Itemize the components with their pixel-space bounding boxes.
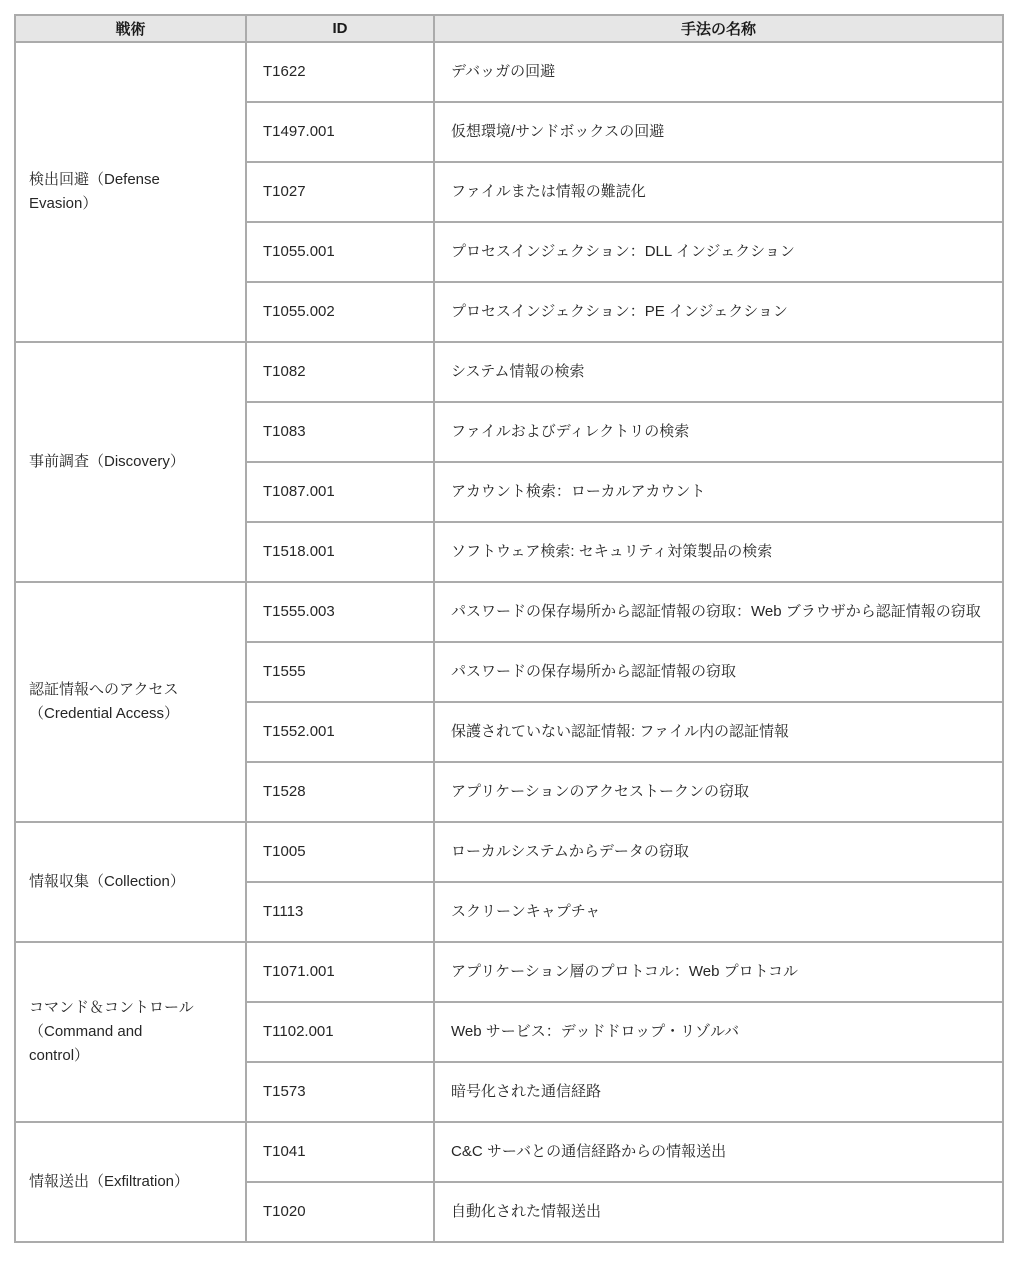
tactic-cell: 情報収集（Collection） <box>15 822 246 942</box>
technique-name-cell: 保護されていない認証情報: ファイル内の認証情報 <box>434 702 1003 762</box>
technique-id-cell: T1552.001 <box>246 702 434 762</box>
technique-id-cell: T1113 <box>246 882 434 942</box>
technique-name-cell: ファイルおよびディレクトリの検索 <box>434 402 1003 462</box>
technique-id-cell: T1622 <box>246 42 434 102</box>
table-row: 情報送出（Exfiltration）T1041C&C サーバとの通信経路からの情… <box>15 1122 1003 1182</box>
tactic-cell: コマンド＆コントロール （Command and control） <box>15 942 246 1122</box>
technique-id-cell: T1528 <box>246 762 434 822</box>
technique-name-cell: システム情報の検索 <box>434 342 1003 402</box>
technique-id-cell: T1055.002 <box>246 282 434 342</box>
technique-name-cell: C&C サーバとの通信経路からの情報送出 <box>434 1122 1003 1182</box>
technique-name-cell: アプリケーションのアクセストークンの窃取 <box>434 762 1003 822</box>
technique-name-cell: ファイルまたは情報の難読化 <box>434 162 1003 222</box>
technique-id-cell: T1518.001 <box>246 522 434 582</box>
technique-id-cell: T1027 <box>246 162 434 222</box>
technique-id-cell: T1087.001 <box>246 462 434 522</box>
technique-name-cell: Web サービス：デッドドロップ・リゾルバ <box>434 1002 1003 1062</box>
table-row: 事前調査（Discovery）T1082システム情報の検索 <box>15 342 1003 402</box>
technique-name-cell: プロセスインジェクション：DLL インジェクション <box>434 222 1003 282</box>
technique-id-cell: T1083 <box>246 402 434 462</box>
table-row: 情報収集（Collection）T1005ローカルシステムからデータの窃取 <box>15 822 1003 882</box>
header-row: 戦術 ID 手法の名称 <box>15 15 1003 42</box>
tactic-cell: 事前調査（Discovery） <box>15 342 246 582</box>
technique-id-cell: T1020 <box>246 1182 434 1242</box>
technique-id-cell: T1071.001 <box>246 942 434 1002</box>
header-tactic: 戦術 <box>15 15 246 42</box>
technique-id-cell: T1005 <box>246 822 434 882</box>
technique-name-cell: パスワードの保存場所から認証情報の窃取：Web ブラウザから認証情報の窃取 <box>434 582 1003 642</box>
technique-name-cell: アカウント検索：ローカルアカウント <box>434 462 1003 522</box>
table-row: 検出回避（Defense Evasion）T1622デバッガの回避 <box>15 42 1003 102</box>
technique-name-cell: 仮想環境/サンドボックスの回避 <box>434 102 1003 162</box>
technique-name-cell: デバッガの回避 <box>434 42 1003 102</box>
header-id: ID <box>246 15 434 42</box>
tactic-cell: 情報送出（Exfiltration） <box>15 1122 246 1242</box>
technique-name-cell: ソフトウェア検索: セキュリティ対策製品の検索 <box>434 522 1003 582</box>
technique-id-cell: T1573 <box>246 1062 434 1122</box>
technique-name-cell: プロセスインジェクション：PE インジェクション <box>434 282 1003 342</box>
tactic-cell: 認証情報へのアクセス （Credential Access） <box>15 582 246 822</box>
technique-name-cell: スクリーンキャプチャ <box>434 882 1003 942</box>
attack-techniques-table: 戦術 ID 手法の名称 検出回避（Defense Evasion）T1622デバ… <box>14 14 1004 1243</box>
technique-id-cell: T1055.001 <box>246 222 434 282</box>
technique-id-cell: T1555 <box>246 642 434 702</box>
technique-name-cell: 暗号化された通信経路 <box>434 1062 1003 1122</box>
technique-id-cell: T1102.001 <box>246 1002 434 1062</box>
header-technique-name: 手法の名称 <box>434 15 1003 42</box>
tactic-cell: 検出回避（Defense Evasion） <box>15 42 246 342</box>
technique-id-cell: T1041 <box>246 1122 434 1182</box>
technique-id-cell: T1082 <box>246 342 434 402</box>
technique-name-cell: パスワードの保存場所から認証情報の窃取 <box>434 642 1003 702</box>
technique-id-cell: T1555.003 <box>246 582 434 642</box>
technique-id-cell: T1497.001 <box>246 102 434 162</box>
table-row: 認証情報へのアクセス （Credential Access）T1555.003パ… <box>15 582 1003 642</box>
table-row: コマンド＆コントロール （Command and control）T1071.0… <box>15 942 1003 1002</box>
technique-name-cell: アプリケーション層のプロトコル：Web プロトコル <box>434 942 1003 1002</box>
technique-name-cell: ローカルシステムからデータの窃取 <box>434 822 1003 882</box>
table-body: 検出回避（Defense Evasion）T1622デバッガの回避T1497.0… <box>15 42 1003 1242</box>
technique-name-cell: 自動化された情報送出 <box>434 1182 1003 1242</box>
document-page: 戦術 ID 手法の名称 検出回避（Defense Evasion）T1622デバ… <box>0 0 1016 1272</box>
